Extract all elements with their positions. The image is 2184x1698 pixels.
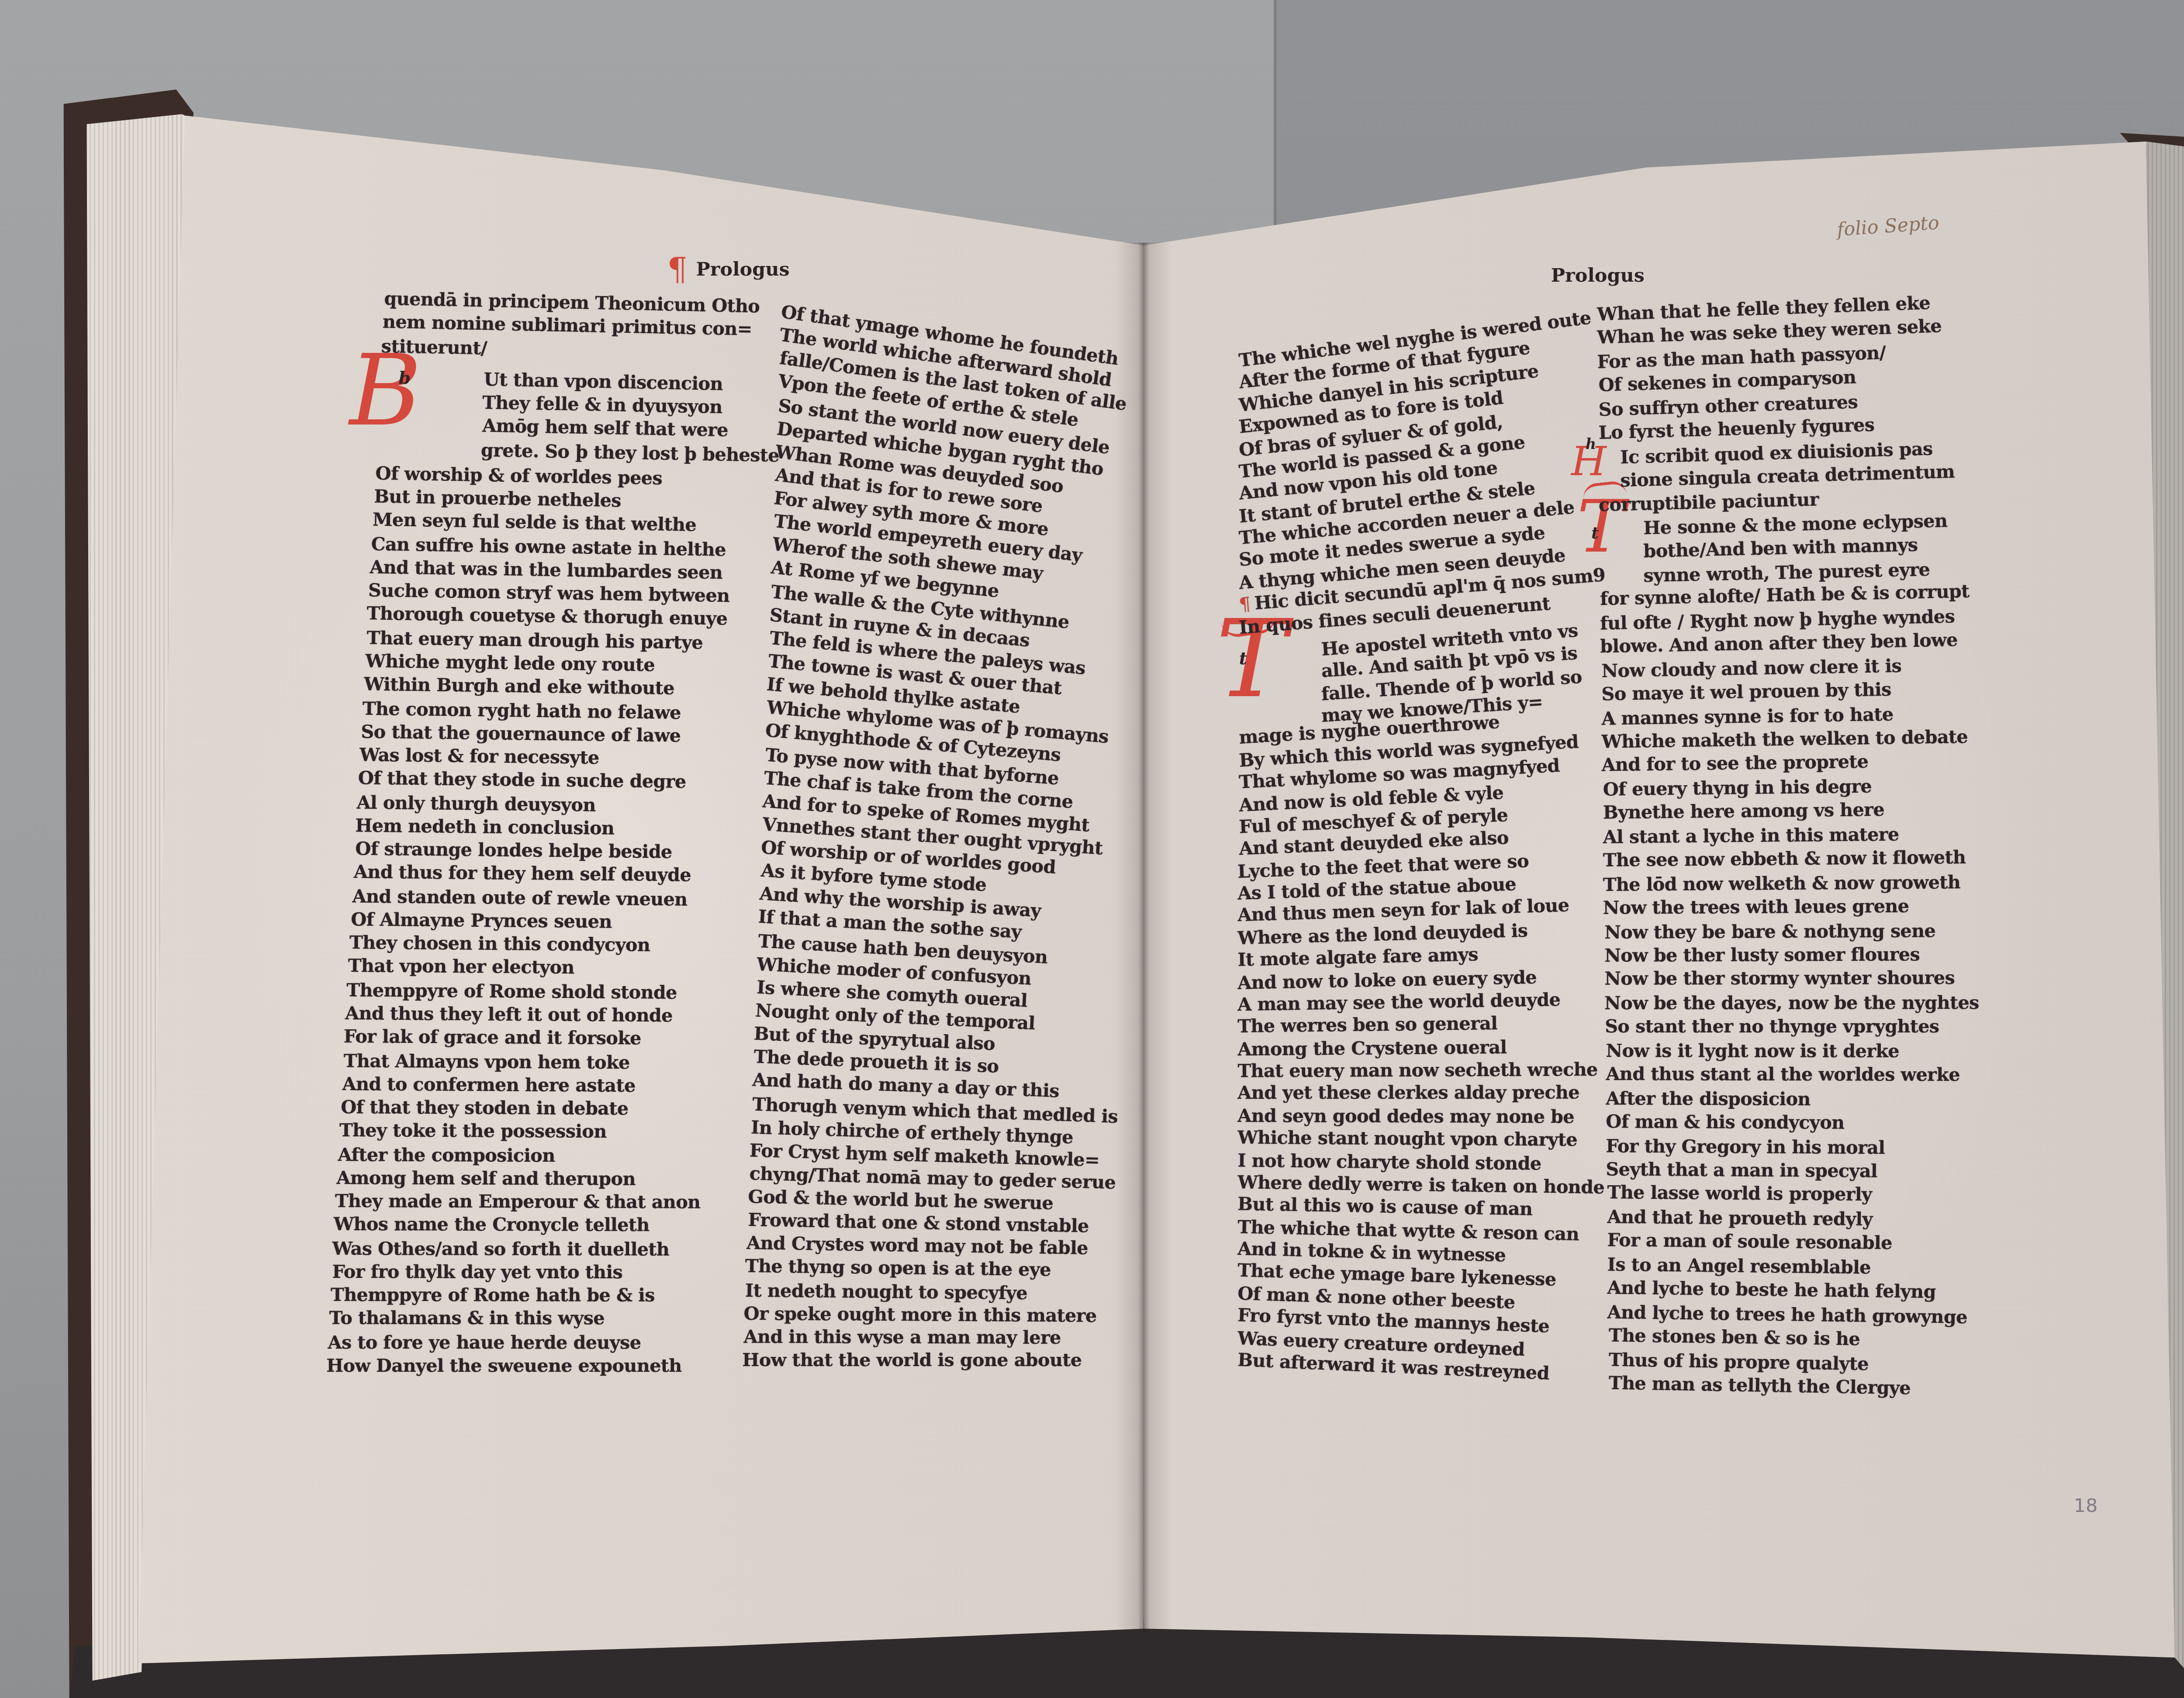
text-line: Of Almayne Prynces seuen bbox=[351, 908, 612, 933]
text-line: For thy Gregory in his moral bbox=[1606, 1134, 1885, 1159]
line-text: The see now ebbeth & now it floweth bbox=[1603, 846, 1966, 871]
line-text: For fro thylk day yet vnto this bbox=[332, 1260, 622, 1283]
text-line: After the composicion bbox=[338, 1143, 555, 1167]
line-text: The lōd now welketh & now groweth bbox=[1603, 870, 1961, 894]
line-text: Ut than vpon discencion bbox=[484, 368, 723, 394]
line-text: It nedeth nought to specyfye bbox=[745, 1279, 1027, 1303]
text-line: A mannes synne is for to hate bbox=[1601, 702, 1894, 730]
line-text: Whiche myght lede ony route bbox=[365, 650, 654, 676]
line-text: And lyche to beste he hath felyng bbox=[1607, 1277, 1936, 1302]
line-text: As to fore ye haue herde deuyse bbox=[328, 1331, 641, 1353]
line-text: After the disposicion bbox=[1606, 1087, 1811, 1109]
line-text: Amōg hem self that were bbox=[481, 415, 727, 441]
line-text: So maye it wel prouen by this bbox=[1601, 678, 1891, 704]
line-text: And thus they left it out of honde bbox=[346, 1002, 673, 1026]
gutter-shadow bbox=[1115, 242, 1172, 1631]
text-line: A man may see the world deuyde bbox=[1238, 988, 1561, 1016]
line-text: The werres ben so general bbox=[1238, 1012, 1498, 1037]
text-line: That vpon her electyon bbox=[348, 955, 574, 980]
line-text: Al stant a lyche in this matere bbox=[1603, 823, 1899, 847]
line-text: Of euery thyng in his degre bbox=[1602, 775, 1871, 800]
line-text: And seyn good dedes may none be bbox=[1238, 1104, 1575, 1127]
line-text: For lak of grace and it forsoke bbox=[344, 1025, 642, 1049]
text-line: Al stant a lyche in this matere bbox=[1603, 823, 1899, 849]
line-text: Among hem self and therupon bbox=[337, 1167, 636, 1189]
line-text: I not how charyte shold stonde bbox=[1238, 1149, 1542, 1173]
text-line: As to fore ye haue herde deuyse bbox=[328, 1331, 641, 1354]
text-line: Of straunge londes helpe beside bbox=[355, 838, 672, 864]
text-line: Whiche myght lede ony route bbox=[365, 650, 654, 677]
line-text: Of man & his condycyon bbox=[1606, 1111, 1844, 1133]
text-line: So stant ther no thynge vpryghtes bbox=[1605, 1015, 1939, 1039]
text-line: Is to an Angel resemblable bbox=[1607, 1253, 1871, 1279]
line-text: Was Othes/and so forth it duelleth bbox=[333, 1237, 670, 1259]
line-text: Of Almayne Prynces seuen bbox=[351, 908, 612, 932]
text-line: And standen oute of rewle vneuen bbox=[352, 885, 687, 911]
line-text: And to confermen here astate bbox=[342, 1073, 635, 1096]
line-text: And thus for they hem self deuyde bbox=[353, 861, 691, 886]
text-line: Of euery thyng in his degre bbox=[1602, 775, 1871, 801]
text-line: Themppyre of Rome hath be & is bbox=[330, 1284, 654, 1308]
text-line: Of man & his condycyon bbox=[1606, 1111, 1844, 1135]
text-line: Was lost & for necessyte bbox=[359, 744, 599, 770]
line-text: Or speke ought more in this matere bbox=[744, 1302, 1097, 1326]
text-line: Thus of his propre qualyte bbox=[1608, 1348, 1869, 1375]
line-text: So stant ther no thynge vpryghtes bbox=[1605, 1015, 1939, 1037]
text-line: They chosen in this condycyon bbox=[349, 932, 650, 957]
line-text: They chosen in this condycyon bbox=[349, 932, 650, 956]
text-line: Now be ther stormy wynter shoures bbox=[1604, 967, 1955, 991]
line-text: Whiche stant nought vpon charyte bbox=[1238, 1126, 1578, 1150]
right-running-head: Prologus bbox=[1551, 266, 1645, 287]
line-text: Of straunge londes helpe beside bbox=[355, 838, 672, 863]
line-text: Was lost & for necessyte bbox=[359, 744, 599, 768]
line-text: For thy Gregory in his moral bbox=[1606, 1134, 1885, 1157]
line-text: But in prouerbe netheles bbox=[373, 485, 621, 511]
line-text: And yet these clerkes alday preche bbox=[1238, 1082, 1580, 1104]
text-line: The see now ebbeth & now it floweth bbox=[1603, 846, 1966, 873]
line-text: Now the trees with leues grene bbox=[1603, 895, 1910, 918]
pilcrow-icon: ¶ bbox=[1238, 593, 1251, 615]
line-text: That vpon her electyon bbox=[348, 955, 574, 979]
line-text: So that the gouernaunce of lawe bbox=[361, 720, 681, 746]
line-text: How that the world is gone aboute bbox=[742, 1349, 1082, 1370]
text-line: The comon ryght hath no felawe bbox=[362, 697, 681, 724]
text-line: And thus they left it out of honde bbox=[346, 1002, 673, 1027]
line-text: Now they be bare & nothyng sene bbox=[1604, 919, 1935, 942]
background-panel-seam bbox=[1274, 0, 1277, 260]
text-line: Hem nedeth in conclusion bbox=[356, 814, 615, 840]
text-line: I not how charyte shold stonde bbox=[1238, 1149, 1542, 1175]
text-line: And yet these clerkes alday preche bbox=[1238, 1082, 1580, 1105]
line-text: For a man of soule resonable bbox=[1607, 1229, 1892, 1254]
line-text: Thus of his propre qualyte bbox=[1608, 1348, 1869, 1374]
text-line: Bynethe here among vs here bbox=[1603, 799, 1884, 825]
text-line: Of that they stoden in debate bbox=[340, 1096, 628, 1121]
line-text: Whos name the Cronycle telleth bbox=[334, 1213, 650, 1236]
line-text: Now be the dayes, now be the nyghtes bbox=[1605, 991, 1980, 1014]
line-text: Within Burgh and eke withoute bbox=[363, 673, 674, 699]
line-text: Seyth that a man in specyal bbox=[1607, 1158, 1878, 1182]
line-text: The stones ben & so is he bbox=[1608, 1324, 1859, 1349]
line-text: Men seyn ful selde is that welthe bbox=[373, 509, 697, 536]
guide-letter: t bbox=[1591, 525, 1599, 541]
text-line: Seyth that a man in specyal bbox=[1607, 1158, 1878, 1183]
line-text: And thus stant al the worldes werke bbox=[1605, 1063, 1959, 1085]
text-line: The lōd now welketh & now groweth bbox=[1603, 870, 1961, 896]
rubric-initial-h: H h bbox=[1571, 442, 1607, 483]
text-line: How that the world is gone aboute bbox=[742, 1349, 1082, 1372]
line-text: Bynethe here among vs here bbox=[1603, 799, 1884, 823]
line-text: stituerunt/ bbox=[381, 334, 487, 358]
text-line: How Danyel the sweuene expouneth bbox=[326, 1354, 681, 1377]
line-text: Thorough couetyse & thorugh enuye bbox=[367, 603, 728, 630]
text-line: The stones ben & so is he bbox=[1608, 1324, 1859, 1351]
line-text: They felle & in dyuysyon bbox=[483, 391, 723, 418]
guide-letter: b bbox=[398, 369, 411, 387]
text-line: And to confermen here astate bbox=[342, 1073, 635, 1097]
text-line: Ut than vpon discencion bbox=[484, 368, 723, 396]
text-line: Al only thurgh deuysyon bbox=[357, 790, 596, 816]
text-line: Of that they stode in suche degre bbox=[358, 767, 686, 794]
text-line: And for to see the proprete bbox=[1602, 751, 1869, 777]
left-running-head: ¶Prologus bbox=[667, 248, 789, 285]
line-text: It mote algate fare amys bbox=[1238, 943, 1479, 970]
text-line: That euery man now secheth wreche bbox=[1238, 1058, 1598, 1083]
line-text: Now be ther stormy wynter shoures bbox=[1604, 967, 1955, 990]
guide-letter: h bbox=[1586, 439, 1596, 453]
text-line: They toke it the possession bbox=[339, 1119, 606, 1144]
text-line: Within Burgh and eke withoute bbox=[363, 673, 674, 701]
text-line: So that the gouernaunce of lawe bbox=[361, 720, 681, 747]
line-text: After the composicion bbox=[338, 1143, 555, 1166]
line-text: The thyng so open is at the eye bbox=[746, 1256, 1051, 1281]
line-text: Themppyre of Rome hath be & is bbox=[330, 1284, 654, 1306]
text-line: They made an Emperour & that anon bbox=[335, 1190, 701, 1215]
line-text: Now is it lyght now is it derke bbox=[1605, 1039, 1899, 1061]
line-text: Suche comon stryf was hem bytween bbox=[369, 579, 730, 606]
text-line: Among hem self and therupon bbox=[337, 1167, 636, 1191]
line-text: And in this wyse a man may lere bbox=[743, 1325, 1060, 1348]
text-line: And seyn good dedes may none be bbox=[1238, 1104, 1575, 1129]
guide-letter: t bbox=[1239, 650, 1247, 667]
text-line: Was Othes/and so forth it duelleth bbox=[333, 1237, 670, 1261]
text-line: Whos name the Cronycle telleth bbox=[334, 1213, 650, 1237]
text-line: Among the Crystene oueral bbox=[1238, 1035, 1507, 1061]
text-line: Now be the dayes, now be the nyghtes bbox=[1605, 991, 1980, 1015]
text-line: Or speke ought more in this matere bbox=[744, 1302, 1097, 1327]
text-line: stituerunt/ bbox=[381, 334, 487, 359]
line-text: Of that they stode in suche degre bbox=[358, 767, 686, 793]
line-text: And that he proueth redyly bbox=[1607, 1205, 1873, 1229]
text-line: That Almayns vpon hem toke bbox=[343, 1049, 629, 1074]
text-line: To thalamans & in this wyse bbox=[329, 1308, 604, 1331]
pencil-mark: 18 bbox=[2074, 1496, 2098, 1518]
text-line: After the disposicion bbox=[1606, 1087, 1811, 1111]
line-text: That Almayns vpon hem toke bbox=[343, 1049, 629, 1073]
text-line: The werres ben so general bbox=[1238, 1012, 1498, 1039]
text-line: Now be ther lusty somer floures bbox=[1604, 943, 1919, 967]
text-line: Now is it lyght now is it derke bbox=[1605, 1039, 1899, 1063]
line-text: Of that they stoden in debate bbox=[340, 1096, 628, 1119]
line-text: Now be ther lusty somer floures bbox=[1604, 943, 1919, 966]
line-text: And for to see the proprete bbox=[1602, 751, 1869, 776]
line-text: To thalamans & in this wyse bbox=[329, 1308, 604, 1329]
line-text: They toke it the possession bbox=[339, 1119, 606, 1142]
text-line: And in this wyse a man may lere bbox=[743, 1325, 1060, 1349]
line-text: A man may see the world deuyde bbox=[1238, 988, 1561, 1015]
text-line: Now the trees with leues grene bbox=[1603, 895, 1910, 920]
line-text: How Danyel the sweuene expouneth bbox=[326, 1354, 681, 1376]
text-line: Now they be bare & nothyng sene bbox=[1604, 919, 1935, 943]
text-line: And that he proueth redyly bbox=[1607, 1205, 1873, 1231]
line-text: The comon ryght hath no felawe bbox=[362, 697, 681, 722]
pilcrow-icon: ¶ bbox=[667, 253, 687, 289]
text-line: It nedeth nought to specyfye bbox=[745, 1279, 1027, 1305]
line-text: Themppyre of Rome shold stonde bbox=[347, 979, 677, 1003]
line-text: Is to an Angel resemblable bbox=[1607, 1253, 1871, 1278]
text-line: For a man of soule resonable bbox=[1607, 1229, 1892, 1256]
running-head-label: Prologus bbox=[696, 260, 790, 282]
text-line: So maye it wel prouen by this bbox=[1601, 678, 1891, 706]
line-text: Among the Crystene oueral bbox=[1238, 1035, 1507, 1059]
text-line: The thyng so open is at the eye bbox=[746, 1256, 1052, 1283]
text-line: That euery man drough his partye bbox=[366, 626, 702, 654]
line-text: The lasse world is properly bbox=[1607, 1182, 1871, 1206]
running-head-label: Prologus bbox=[1551, 266, 1645, 287]
text-line: And lyche to beste he hath felyng bbox=[1607, 1277, 1936, 1304]
line-text: And standen oute of rewle vneuen bbox=[352, 885, 687, 910]
text-line: The lasse world is properly bbox=[1607, 1182, 1871, 1207]
line-text: They made an Emperour & that anon bbox=[335, 1190, 701, 1213]
line-text: Hem nedeth in conclusion bbox=[356, 814, 615, 839]
text-line: For lak of grace and it forsoke bbox=[344, 1025, 642, 1050]
text-line: And thus for they hem self deuyde bbox=[353, 861, 691, 887]
text-line: And thus stant al the worldes werke bbox=[1605, 1063, 1959, 1087]
text-line: Whiche stant nought vpon charyte bbox=[1238, 1126, 1578, 1152]
text-line: For fro thylk day yet vnto this bbox=[332, 1260, 622, 1284]
line-text: Al only thurgh deuysyon bbox=[357, 790, 596, 815]
line-text: That euery man now secheth wreche bbox=[1238, 1058, 1598, 1081]
line-text: But al this wo is cause of man bbox=[1237, 1193, 1533, 1220]
line-text: Whiche maketh the welken to debate bbox=[1602, 725, 1968, 752]
text-line: Themppyre of Rome shold stonde bbox=[347, 979, 677, 1004]
book-photo: ¶Prologus Prologus folio Septo 18 B b T … bbox=[0, 0, 2184, 1698]
